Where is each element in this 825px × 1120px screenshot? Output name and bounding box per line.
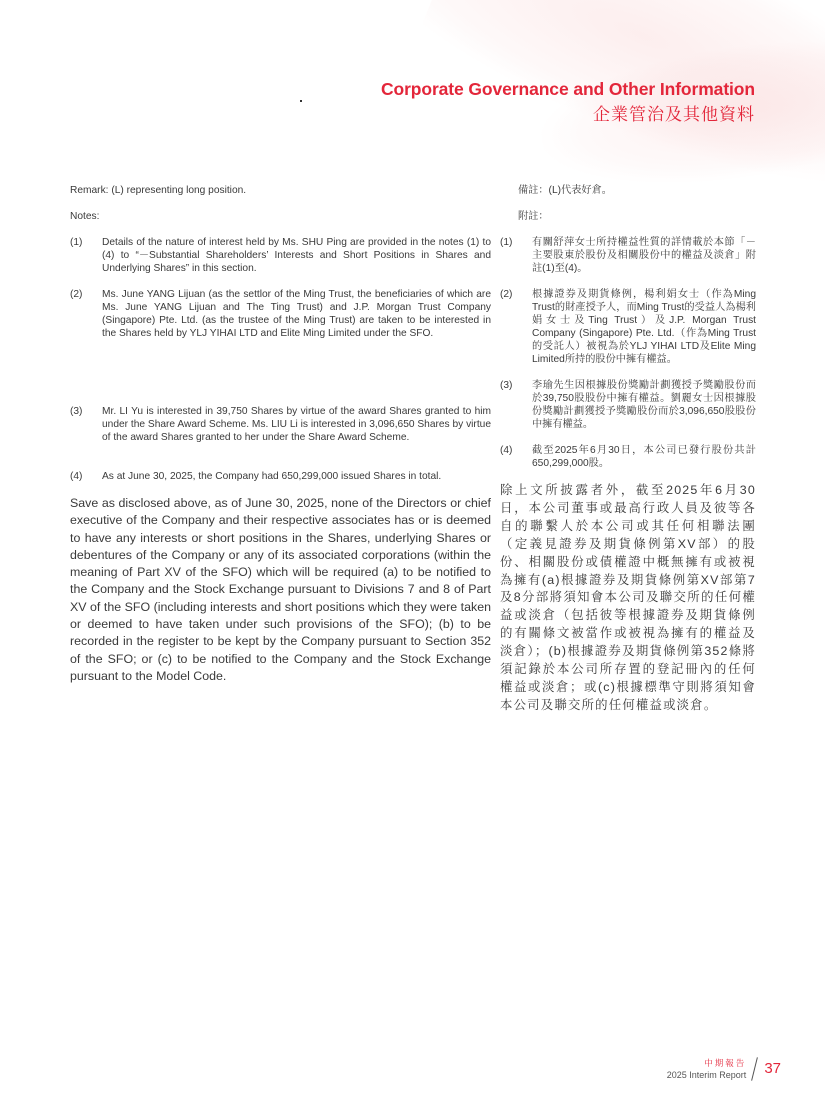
note-text: Mr. LI Yu is interested in 39,750 Shares… xyxy=(102,405,491,444)
section-header: Corporate Governance and Other Informati… xyxy=(381,78,755,126)
remark: 備註：(L)代表好倉。 xyxy=(518,184,756,197)
note-text: As at June 30, 2025, the Company had 650… xyxy=(102,470,491,483)
english-column: Remark: (L) representing long position. … xyxy=(70,184,491,685)
note-number: (1) xyxy=(70,236,102,275)
notes-heading: Notes: xyxy=(70,210,491,223)
note-item: (4) 截至2025年6月30日，本公司已發行股份共計650,299,000股。 xyxy=(518,444,756,470)
note-item: (2) 根據證券及期貨條例，楊利娟女士（作為Ming Trust的財產授予人，而… xyxy=(518,288,756,366)
note-number: (1) xyxy=(500,236,532,275)
note-item: (1) 有關舒萍女士所持權益性質的詳情載於本節「－主要股東於股份及相關股份中的權… xyxy=(518,236,756,275)
note-number: (4) xyxy=(70,470,102,483)
report-title-english: 2025 Interim Report xyxy=(667,1069,747,1081)
note-text: 李瑜先生因根據股份獎勵計劃獲授予獎勵股份而於39,750股股份中擁有權益。劉麗女… xyxy=(532,379,756,431)
page-footer: 中期報告 2025 Interim Report 37 xyxy=(667,1057,781,1081)
note-item: (3) 李瑜先生因根據股份獎勵計劃獲授予獎勵股份而於39,750股股份中擁有權益… xyxy=(518,379,756,431)
note-number: (4) xyxy=(500,444,532,470)
notes-heading: 附註： xyxy=(518,210,756,223)
note-item: (4) As at June 30, 2025, the Company had… xyxy=(70,470,491,483)
note-number: (3) xyxy=(70,405,102,444)
divider-slash xyxy=(751,1057,758,1081)
disclosure-paragraph: 除上文所披露者外，截至2025年6月30日，本公司董事或最高行政人員及彼等各自的… xyxy=(500,482,756,715)
note-number: (2) xyxy=(70,288,102,340)
note-number: (2) xyxy=(500,288,532,366)
note-text: 根據證券及期貨條例，楊利娟女士（作為Ming Trust的財產授予人，而Ming… xyxy=(532,288,756,366)
page-number: 37 xyxy=(764,1059,781,1079)
decorative-speck xyxy=(300,100,302,102)
report-title-chinese: 中期報告 xyxy=(667,1058,747,1069)
section-title-english: Corporate Governance and Other Informati… xyxy=(381,78,755,100)
section-title-chinese: 企業管治及其他資料 xyxy=(381,104,755,126)
note-number: (3) xyxy=(500,379,532,431)
disclosure-paragraph: Save as disclosed above, as of June 30, … xyxy=(70,495,491,685)
chinese-column: 備註：(L)代表好倉。 附註： (1) 有關舒萍女士所持權益性質的詳情載於本節「… xyxy=(518,184,756,715)
report-label: 中期報告 2025 Interim Report xyxy=(667,1058,747,1081)
remark: Remark: (L) representing long position. xyxy=(70,184,491,197)
note-item: (2) Ms. June YANG Lijuan (as the settlor… xyxy=(70,288,491,340)
note-item: (3) Mr. LI Yu is interested in 39,750 Sh… xyxy=(70,405,491,444)
note-item: (1) Details of the nature of interest he… xyxy=(70,236,491,275)
note-text: 截至2025年6月30日，本公司已發行股份共計650,299,000股。 xyxy=(532,444,756,470)
note-text: 有關舒萍女士所持權益性質的詳情載於本節「－主要股東於股份及相關股份中的權益及淡倉… xyxy=(532,236,756,275)
note-text: Ms. June YANG Lijuan (as the settlor of … xyxy=(102,288,491,340)
note-text: Details of the nature of interest held b… xyxy=(102,236,491,275)
